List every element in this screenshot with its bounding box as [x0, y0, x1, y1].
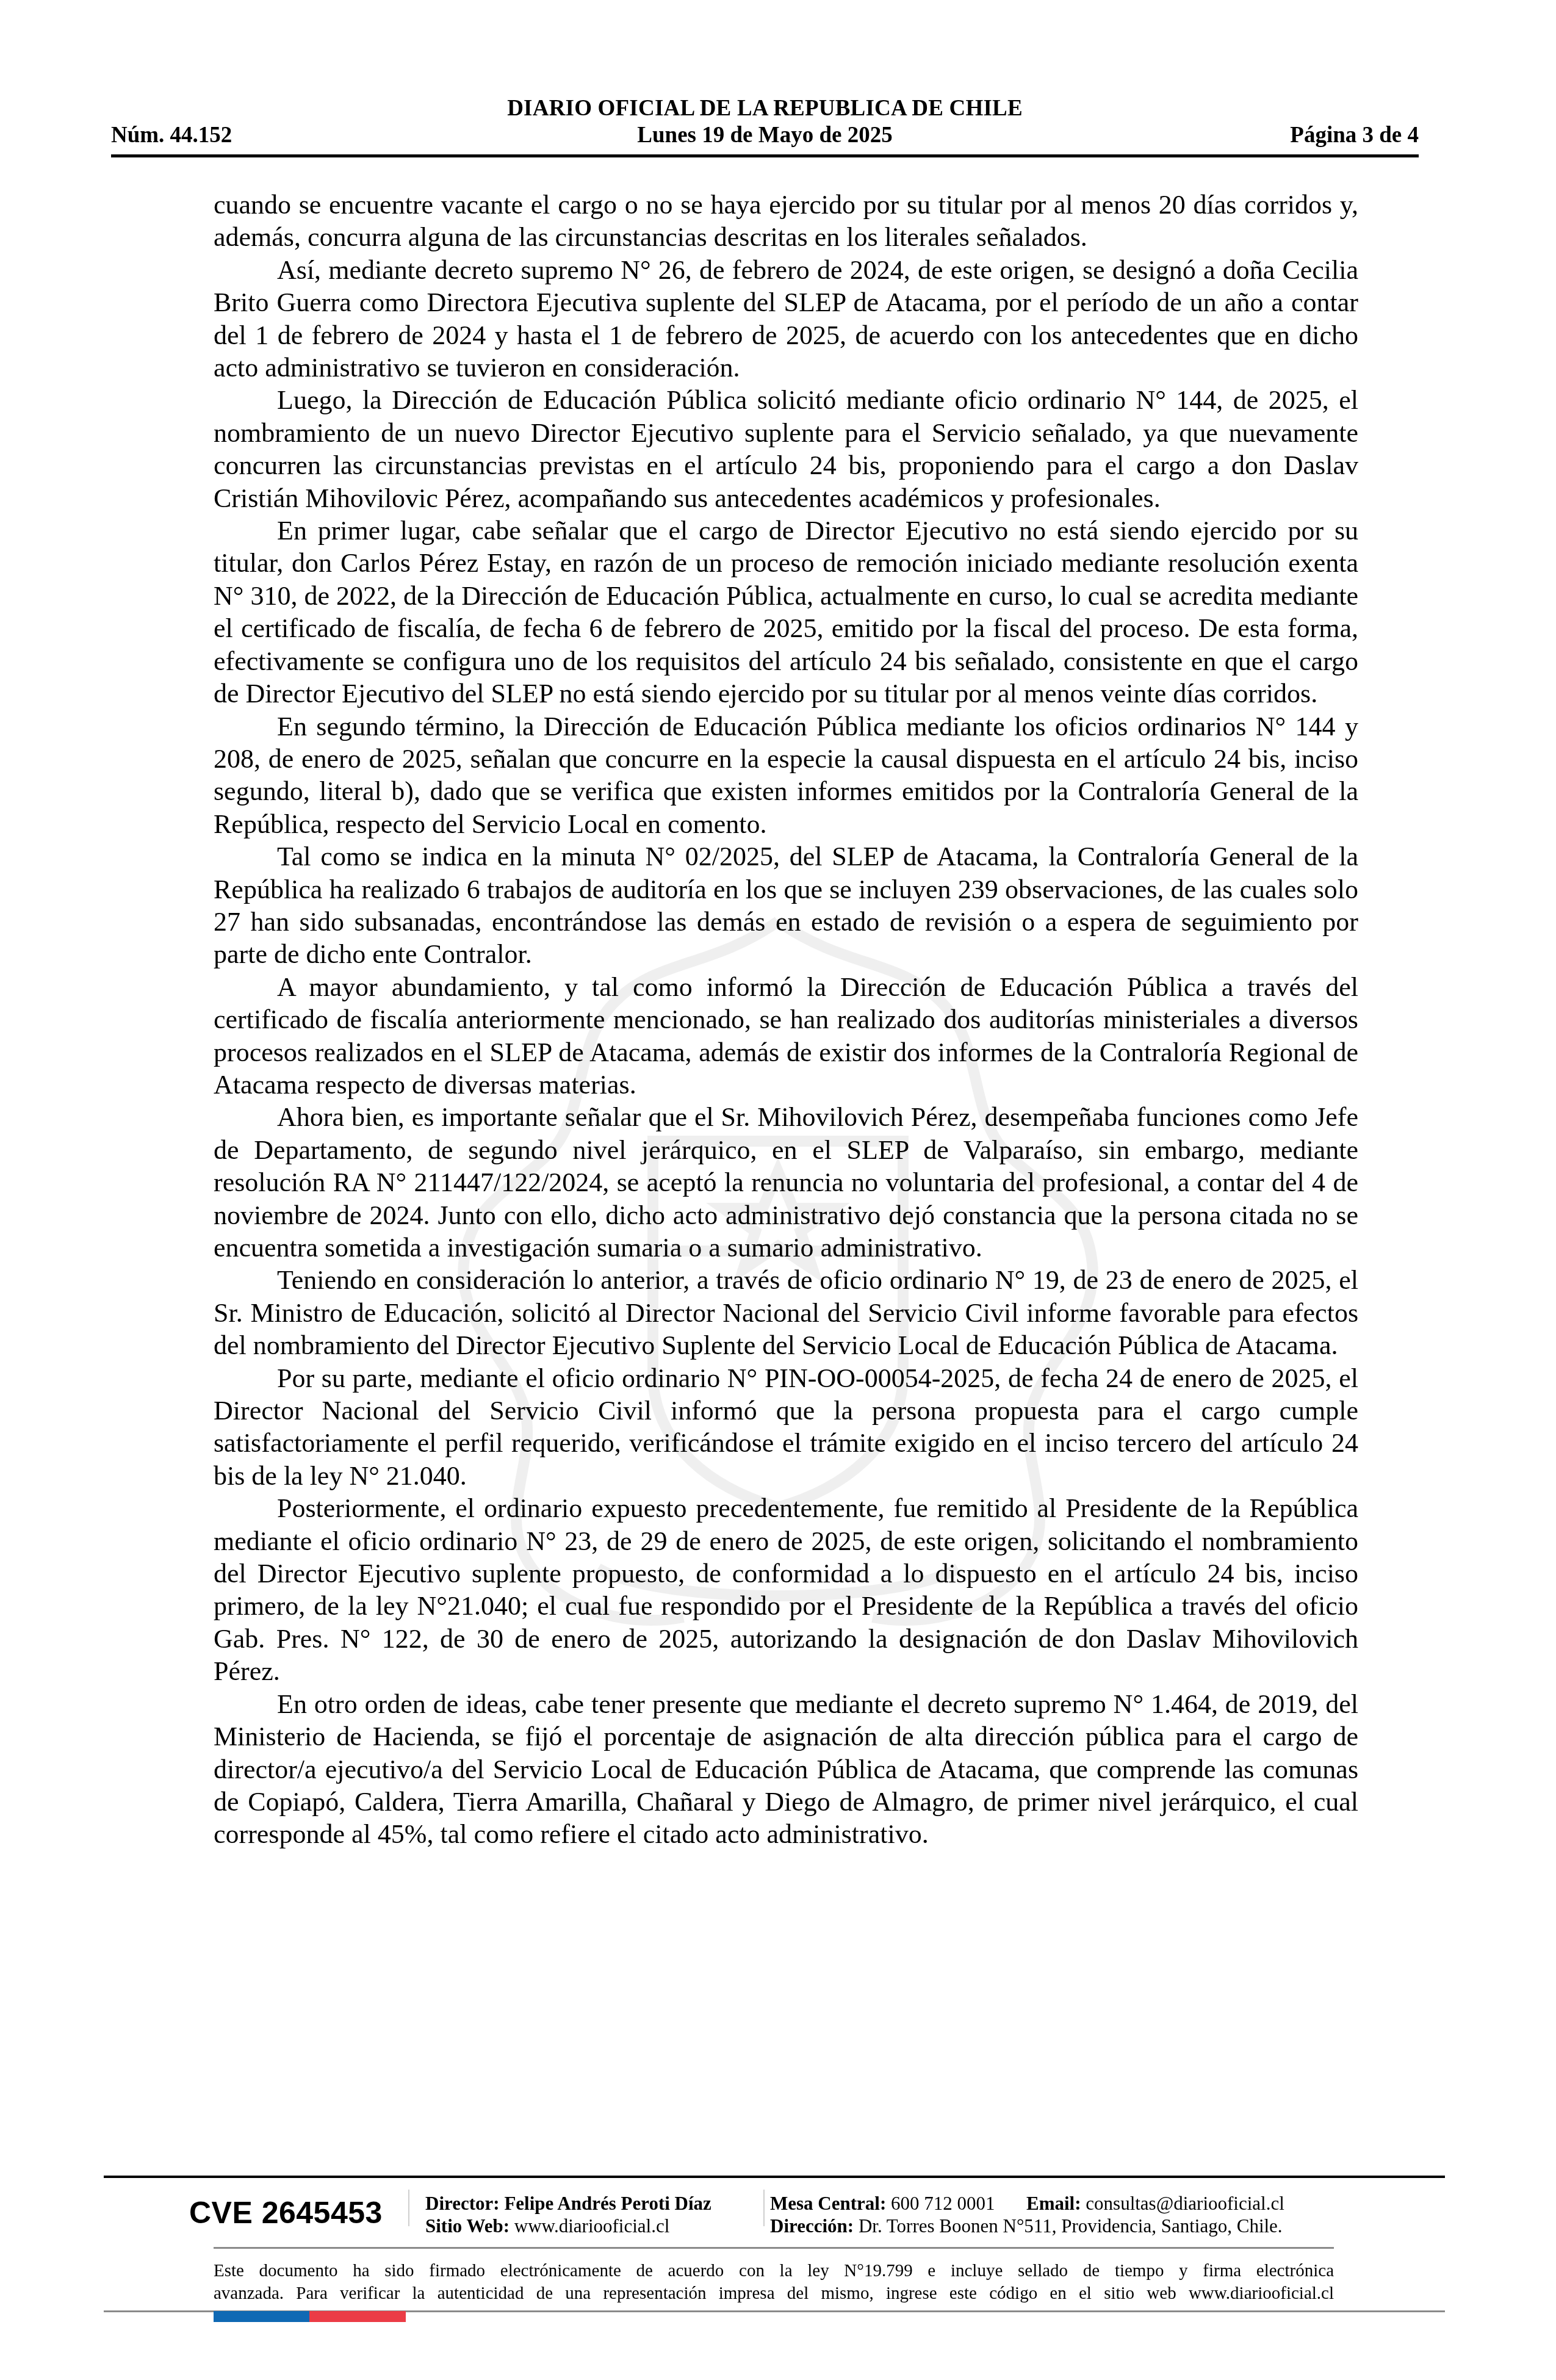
- paragraph: En segundo término, la Dirección de Educ…: [214, 710, 1358, 841]
- footer-divider-top: [104, 2176, 1445, 2178]
- address-label: Dirección:: [770, 2215, 854, 2237]
- footer-divider-mid: [214, 2247, 1334, 2249]
- footer-separator: [408, 2190, 409, 2226]
- director-label: Director:: [425, 2193, 500, 2214]
- page-indicator: Página 3 de 4: [1290, 122, 1419, 149]
- publication-title: DIARIO OFICIAL DE LA REPUBLICA DE CHILE: [111, 95, 1419, 122]
- paragraph: Ahora bien, es importante señalar que el…: [214, 1101, 1358, 1264]
- address-line: Dirección: Dr. Torres Boonen N°511, Prov…: [770, 2215, 1284, 2237]
- email-label: Email:: [1026, 2193, 1081, 2214]
- paragraph: Así, mediante decreto supremo N° 26, de …: [214, 254, 1358, 384]
- flag-stripe-blue: [214, 2311, 309, 2322]
- address-value: Dr. Torres Boonen N°511, Providencia, Sa…: [859, 2215, 1283, 2237]
- paragraph: Luego, la Dirección de Educación Pública…: [214, 384, 1358, 514]
- phone-label: Mesa Central:: [770, 2193, 886, 2214]
- header-divider: [111, 154, 1419, 157]
- header-meta-row: Núm. 44.152 Lunes 19 de Mayo de 2025 Pág…: [111, 122, 1419, 149]
- paragraph: Por su parte, mediante el oficio ordinar…: [214, 1362, 1358, 1493]
- signature-disclaimer: Este documento ha sido firmado electróni…: [214, 2260, 1334, 2305]
- email-link[interactable]: consultas@diariooficial.cl: [1086, 2193, 1284, 2214]
- website-label: Sitio Web:: [425, 2215, 510, 2237]
- disclaimer-line: avanzada. Para verificar la autenticidad…: [214, 2282, 1334, 2305]
- director-name: Felipe Andrés Peroti Díaz: [504, 2193, 711, 2214]
- contact-line: Mesa Central: 600 712 0001 Email: consul…: [770, 2192, 1284, 2215]
- disclaimer-line: Este documento ha sido firmado electróni…: [214, 2260, 1334, 2282]
- website-link[interactable]: www.diariooficial.cl: [514, 2215, 670, 2237]
- paragraph: En otro orden de ideas, cabe tener prese…: [214, 1688, 1358, 1851]
- document-body: cuando se encuentre vacante el cargo o n…: [214, 189, 1358, 1851]
- paragraph: En primer lugar, cabe señalar que el car…: [214, 514, 1358, 710]
- issue-date: Lunes 19 de Mayo de 2025: [111, 122, 1419, 149]
- cve-code: CVE 2645453: [189, 2194, 383, 2231]
- page-header: DIARIO OFICIAL DE LA REPUBLICA DE CHILE …: [111, 92, 1419, 160]
- director-line: Director: Felipe Andrés Peroti Díaz: [425, 2192, 711, 2215]
- paragraph: Tal como se indica en la minuta N° 02/20…: [214, 840, 1358, 971]
- flag-stripe-red: [309, 2311, 406, 2322]
- paragraph: A mayor abundamiento, y tal como informó…: [214, 971, 1358, 1102]
- footer-director-block: Director: Felipe Andrés Peroti Díaz Siti…: [425, 2192, 711, 2237]
- footer-separator: [763, 2190, 765, 2226]
- paragraph: Teniendo en consideración lo anterior, a…: [214, 1264, 1358, 1361]
- paragraph: cuando se encuentre vacante el cargo o n…: [214, 189, 1358, 254]
- phone-number: 600 712 0001: [891, 2193, 995, 2214]
- footer-contact-block: Mesa Central: 600 712 0001 Email: consul…: [770, 2192, 1284, 2237]
- website-line: Sitio Web: www.diariooficial.cl: [425, 2215, 711, 2237]
- paragraph: Posteriormente, el ordinario expuesto pr…: [214, 1492, 1358, 1687]
